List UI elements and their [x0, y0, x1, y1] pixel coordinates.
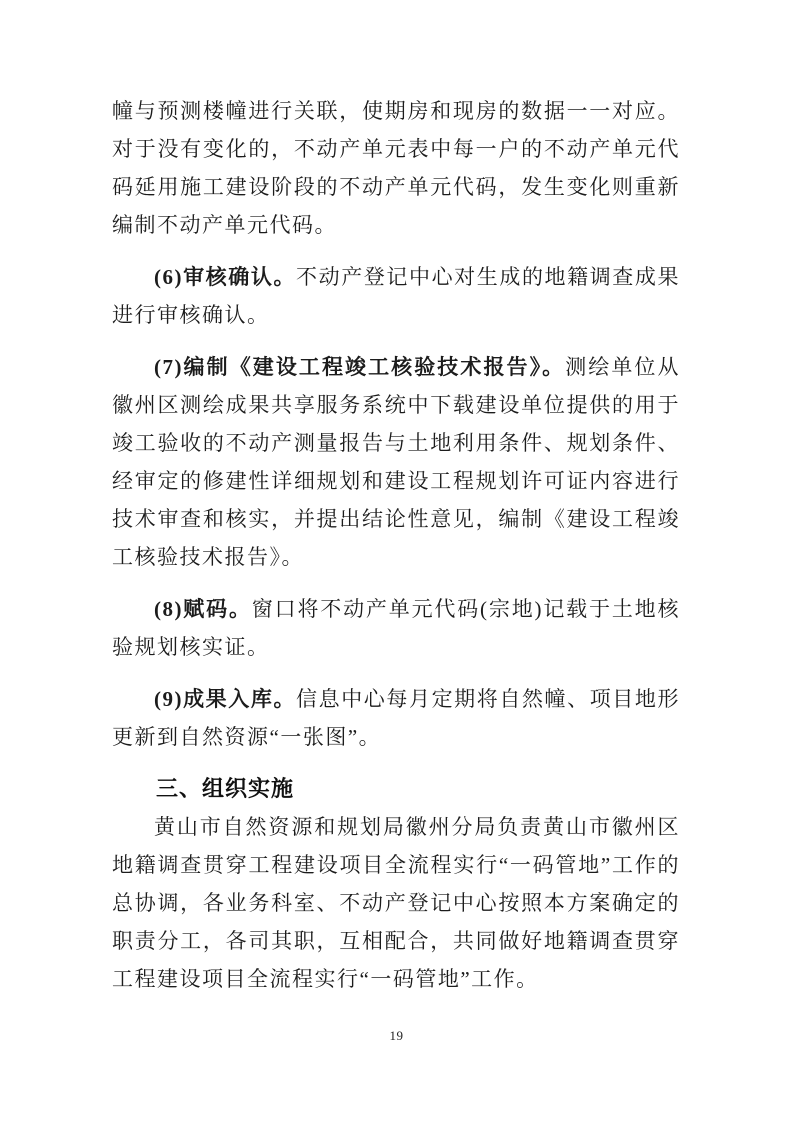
document-page: 幢与预测楼幢进行关联，使期房和现房的数据一一对应。对于没有变化的，不动产单元表中…	[0, 0, 793, 1122]
section-6-label: (6)审核确认。	[154, 265, 296, 289]
section-heading-organization: 三、组织实施	[112, 770, 680, 808]
paragraph-continuation: 幢与预测楼幢进行关联，使期房和现房的数据一一对应。对于没有变化的，不动产单元表中…	[112, 92, 680, 244]
paragraph-organization: 黄山市自然资源和规划局徽州分局负责黄山市徽州区地籍调查贯穿工程建设项目全流程实行…	[112, 808, 680, 998]
paragraph-section-7: (7)编制《建设工程竣工核验技术报告》。测绘单位从徽州区测绘成果共享服务系统中下…	[112, 348, 680, 576]
section-8-label: (8)赋码。	[154, 597, 252, 621]
section-9-label: (9)成果入库。	[154, 687, 296, 711]
section-7-label: (7)编制《建设工程竣工核验技术报告》。	[154, 355, 565, 379]
section-7-text: 测绘单位从徽州区测绘成果共享服务系统中下载建设单位提供的用于竣工验收的不动产测量…	[112, 355, 680, 569]
paragraph-section-8: (8)赋码。窗口将不动产单元代码(宗地)记载于土地核验规划核实证。	[112, 590, 680, 666]
paragraph-section-6: (6)审核确认。不动产登记中心对生成的地籍调查成果进行审核确认。	[112, 258, 680, 334]
document-body: 幢与预测楼幢进行关联，使期房和现房的数据一一对应。对于没有变化的，不动产单元表中…	[112, 92, 680, 998]
paragraph-section-9: (9)成果入库。信息中心每月定期将自然幢、项目地形更新到自然资源“一张图”。	[112, 680, 680, 756]
page-number: 19	[0, 1028, 793, 1044]
